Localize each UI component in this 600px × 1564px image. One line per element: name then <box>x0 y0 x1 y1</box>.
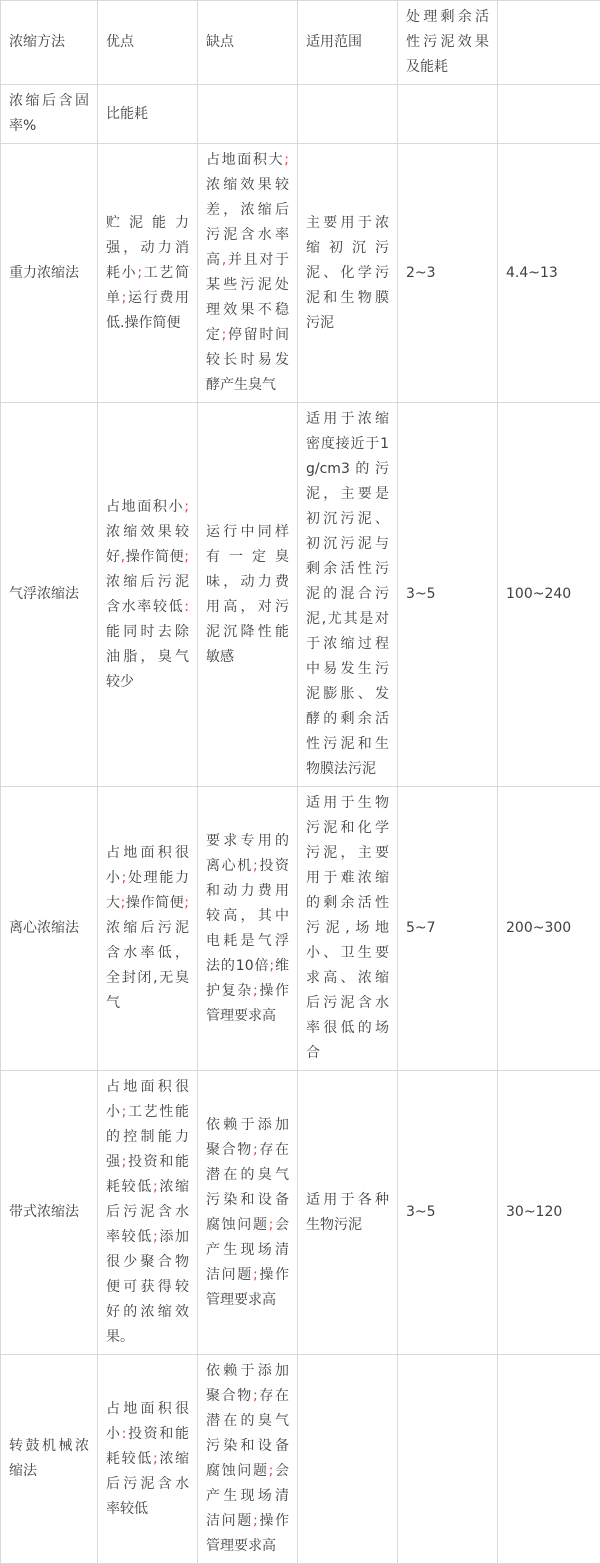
text-segment: 添加很少聚合物便可获得较好的浓缩效果。 <box>106 1229 189 1345</box>
method-cell: 离心浓缩法 <box>1 787 98 1071</box>
text-segment: 主要用于浓缩初沉污泥、化学污泥和生物膜污泥 <box>306 215 389 331</box>
table-row: 浓缩后含固率% 比能耗 <box>1 85 600 144</box>
text-segment: 运行中同样有一定臭味，动力费用高，对污泥沉降性能敏感 <box>206 524 289 665</box>
effect-cell <box>398 85 498 144</box>
scope-cell: 适用于浓缩密度接近于1g/cm3的污泥，主要是初沉污泥、初沉污泥与剩余活性污泥的… <box>298 403 398 787</box>
text-segment: 适用于生物污泥和化学污泥，主要用于难浓缩的剩余活性污泥,场地小、卫生要求高、浓缩… <box>306 795 389 1061</box>
table-row: 气浮浓缩法 占地面积小;浓缩效果较好,操作简便;浓缩后污泥含水率较低:能同时去除… <box>1 403 600 787</box>
table-row: 带式浓缩法 占地面积很小;工艺性能的控制能力强;投资和能耗较低;浓缩后污泥含水率… <box>1 1071 600 1355</box>
table-row: 离心浓缩法 占地面积很小;处理能力大;操作简便;浓缩后污泥含水率低，全封闭,无臭… <box>1 787 600 1071</box>
header-disadvantages: 缺点 <box>198 1 298 85</box>
red-punctuation: : <box>184 599 189 615</box>
table-row: 转鼓机械浓缩法 占地面积很小:投资和能耗较低;浓缩后污泥含水率较低 依赖于添加聚… <box>1 1355 600 1564</box>
red-punctuation: ; <box>184 549 189 565</box>
text-segment: 浓缩后污泥含水率较低 <box>106 574 189 615</box>
header-advantages: 优点 <box>98 1 198 85</box>
method-cell: 带式浓缩法 <box>1 1071 98 1355</box>
energy-cell <box>498 85 600 144</box>
scope-cell: 适用于生物污泥和化学污泥，主要用于难浓缩的剩余活性污泥,场地小、卫生要求高、浓缩… <box>298 787 398 1071</box>
effect-cell: 5~7 <box>398 787 498 1071</box>
advantages-cell: 占地面积很小:投资和能耗较低;浓缩后污泥含水率较低 <box>98 1355 198 1564</box>
method-cell: 重力浓缩法 <box>1 144 98 403</box>
disadvantages-cell: 占地面积大;浓缩效果较差，浓缩后污泥含水率高,并且对于某些污泥处理效果不稳定;停… <box>198 144 298 403</box>
scope-cell <box>298 85 398 144</box>
effect-cell <box>398 1355 498 1564</box>
text-segment: 投资和动力费用较高，其中电耗是气浮法的10倍 <box>206 858 289 974</box>
energy-cell: 100~240 <box>498 403 600 787</box>
text-segment: 适用于浓缩密度接近于1g/cm3的污泥，主要是初沉污泥、初沉污泥与剩余活性污泥的… <box>306 411 389 777</box>
header-row: 浓缩方法 优点 缺点 适用范围 处理剩余活性污泥效果及能耗 <box>1 1 600 85</box>
disadvantages-cell: 依赖于添加聚合物;存在潜在的臭气污染和设备腐蚀问题;会产生现场清洁问题;操作管理… <box>198 1355 298 1564</box>
disadvantages-cell: 依赖于添加聚合物;存在潜在的臭气污染和设备腐蚀问题;会产生现场清洁问题;操作管理… <box>198 1071 298 1355</box>
scope-cell: 主要用于浓缩初沉污泥、化学污泥和生物膜污泥 <box>298 144 398 403</box>
effect-cell: 3~5 <box>398 403 498 787</box>
method-cell: 浓缩后含固率% <box>1 85 98 144</box>
red-punctuation: ; <box>184 499 189 515</box>
scope-cell: 适用于各种生物污泥 <box>298 1071 398 1355</box>
header-method: 浓缩方法 <box>1 1 98 85</box>
table-row: 重力浓缩法 贮泥能力强，动力消耗小;工艺简单;运行费用低.操作简便 占地面积大;… <box>1 144 600 403</box>
red-punctuation: ; <box>284 152 289 168</box>
energy-cell <box>498 1355 600 1564</box>
text-segment: 适用于各种生物污泥 <box>306 1192 389 1233</box>
effect-cell: 2~3 <box>398 144 498 403</box>
advantages-cell: 占地面积很小;工艺性能的控制能力强;投资和能耗较低;浓缩后污泥含水率较低;添加很… <box>98 1071 198 1355</box>
text-segment: 比能耗 <box>106 106 148 122</box>
advantages-cell: 比能耗 <box>98 85 198 144</box>
red-punctuation: ; <box>184 895 189 911</box>
disadvantages-cell: 运行中同样有一定臭味，动力费用高，对污泥沉降性能敏感 <box>198 403 298 787</box>
text-segment: 占地面积大 <box>206 152 284 168</box>
advantages-cell: 占地面积很小;处理能力大;操作简便;浓缩后污泥含水率低，全封闭,无臭气 <box>98 787 198 1071</box>
text-segment: 能同时去除油脂，臭气较少 <box>106 624 189 690</box>
text-segment: 操作简便 <box>125 549 184 565</box>
header-effect-energy: 处理剩余活性污泥效果及能耗 <box>398 1 498 85</box>
header-empty <box>498 1 600 85</box>
effect-cell: 3~5 <box>398 1071 498 1355</box>
header-scope: 适用范围 <box>298 1 398 85</box>
energy-cell: 30~120 <box>498 1071 600 1355</box>
disadvantages-cell <box>198 85 298 144</box>
energy-cell: 200~300 <box>498 787 600 1071</box>
disadvantages-cell: 要求专用的离心机;投资和动力费用较高，其中电耗是气浮法的10倍;维护复杂;操作管… <box>198 787 298 1071</box>
method-cell: 气浮浓缩法 <box>1 403 98 787</box>
scope-cell <box>298 1355 398 1564</box>
text-segment: 操作简便 <box>125 895 184 911</box>
advantages-cell: 占地面积小;浓缩效果较好,操作简便;浓缩后污泥含水率较低:能同时去除油脂，臭气较… <box>98 403 198 787</box>
text-segment: 占地面积小 <box>106 499 184 515</box>
advantages-cell: 贮泥能力强，动力消耗小;工艺简单;运行费用低.操作简便 <box>98 144 198 403</box>
sludge-thickening-comparison-table: 浓缩方法 优点 缺点 适用范围 处理剩余活性污泥效果及能耗 浓缩后含固率% 比能… <box>0 0 600 1564</box>
text-segment: 浓缩后污泥含水率低，全封闭,无臭气 <box>106 920 189 1011</box>
method-cell: 转鼓机械浓缩法 <box>1 1355 98 1564</box>
energy-cell: 4.4~13 <box>498 144 600 403</box>
